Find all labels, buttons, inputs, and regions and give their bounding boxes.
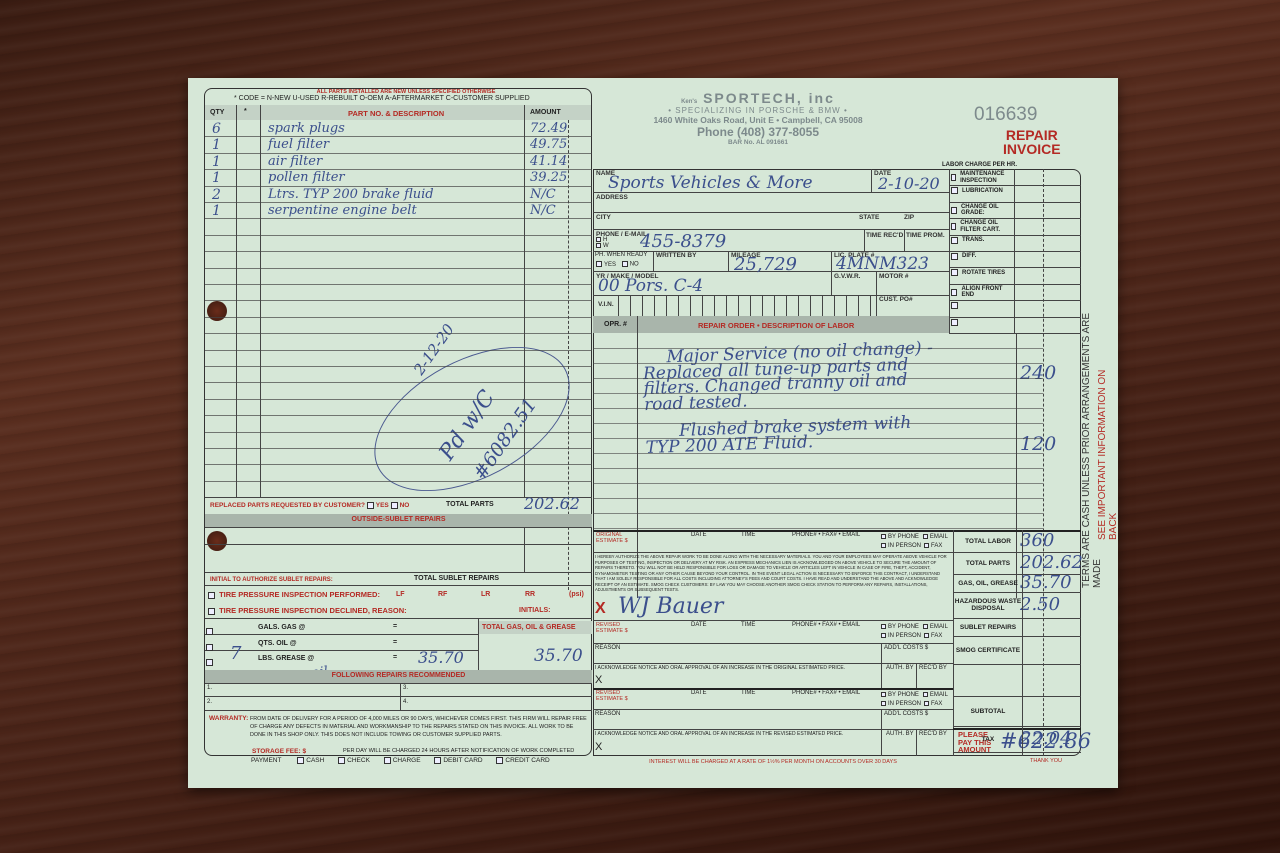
revised-estimate-label-2: REVISED ESTIMATE $ [596,690,636,702]
rule-line [593,453,1043,454]
ymm-value: 00 Pors. C-4 [598,276,703,296]
customer-phone: 455-8379 [640,231,726,252]
checklist-label: ROTATE TIRES [962,270,1005,277]
checklist-item: DIFF. [951,253,1011,260]
yes-label: YES [376,502,389,509]
totals-label: TOTAL PARTS [954,552,1022,574]
vin-cell-divider [870,295,871,316]
vin-cell-divider [678,295,679,316]
company-header: Ken's SPORTECH, inc • SPECIALIZING IN PO… [608,90,908,146]
col-divider [831,271,832,295]
rule-line [205,350,592,351]
divider [593,552,953,553]
rule-line [205,432,592,433]
checklist-checkbox[interactable] [951,319,958,326]
totals-label: GAS, OIL, GREASE [954,574,1022,592]
rule-line [205,300,592,301]
tire-lr: LR [481,591,490,598]
checklist-item [951,302,1011,309]
rule-line [205,186,592,187]
tire-performed-label: TIRE PRESSURE INSPECTION PERFORMED: [219,590,380,599]
vin-cell-divider [666,295,667,316]
replaced-parts-label: REPLACED PARTS REQUESTED BY CUSTOMER? [210,502,365,509]
no-label: NO [400,502,410,509]
checklist-label: ALIGN FRONT END [961,286,1011,299]
rule-line [593,528,1043,529]
company-tagline: • SPECIALIZING IN PORSCHE & BMW • [608,106,908,115]
col-divider [916,663,917,688]
part-description: spark plugs [268,121,434,137]
orig-fax-label: FAX [931,543,942,549]
ph-when-ready-label: PH. WHEN READY [595,252,647,258]
vin-cell-divider [762,295,763,316]
col-divider [871,169,872,192]
ph-ready-yes-checkbox[interactable] [596,261,602,267]
payment-label: PAYMENT [251,757,281,764]
rule-line [205,366,592,367]
see-back-vertical-text: SEE IMPORTANT INFORMATION ON BACK [1097,340,1119,540]
orig-contact-method: BY PHONEEMAIL IN PERSONFAX [881,533,948,551]
ack-original-signature-x[interactable]: X [595,674,602,686]
tire-rf: RF [438,591,447,598]
opr-label: OPR. # [604,321,627,328]
ph-ready-yes-label: YES [604,262,616,268]
storage-fee-text: PER DAY WILL BE CHARGED 24 HOURS AFTER N… [343,748,574,754]
divider [593,663,953,664]
motor-label: MOTOR # [879,273,909,280]
rule-line [205,448,592,449]
initials-label: INITIALS: [519,607,551,614]
rule-line [593,348,1043,349]
orig-time-label: TIME [741,532,755,538]
divider [593,729,953,730]
revised-estimate-label-1: REVISED ESTIMATE $ [596,622,636,634]
col-divider [881,643,882,688]
checklist-checkbox[interactable] [951,207,957,214]
rule-line [593,483,1043,484]
rev1-recd-by-label: REC'D BY [919,665,947,671]
divider [205,585,592,586]
rule-line [593,423,1043,424]
divider [593,643,953,644]
divider [205,696,592,697]
code-legend: * CODE = N-NEW U-USED R-REBUILT O-OEM A-… [234,95,530,102]
repair-invoice-sheet: ALL PARTS INSTALLED ARE NEW UNLESS SPECI… [188,78,1118,788]
storage-fee-label: STORAGE FEE: $ [252,748,306,755]
checklist-divider [949,284,1081,285]
rev2-fax-checkbox[interactable] [924,701,929,706]
checklist-item: TRANS. [951,237,1011,244]
thank-you: THANK YOU [1030,758,1062,764]
invoice-title: REPAIR INVOICE [1003,128,1061,156]
original-estimate-label: ORIGINAL ESTIMATE $ [596,532,636,544]
payment-credit-label: CREDIT CARD [505,757,549,764]
checklist-checkbox[interactable] [951,223,956,230]
divider [593,229,949,230]
checklist-checkbox[interactable] [951,269,958,276]
gas-equals: = [393,623,397,630]
part-description: air filter [268,154,434,170]
rule-line [593,363,1043,364]
totals-value: 2.50 [1020,594,1060,615]
divider [205,527,592,528]
orig-in-person-label: IN PERSON [888,543,921,549]
vin-cell-divider [822,295,823,316]
vin-cell-divider [750,295,751,316]
replaced-parts-question: REPLACED PARTS REQUESTED BY CUSTOMER? YE… [210,502,409,509]
tire-performed-row: TIRE PRESSURE INSPECTION PERFORMED: [208,590,380,599]
ph-ready-no-label: NO [630,262,639,268]
state-label: STATE [859,214,879,221]
vin-cell-divider [618,295,619,316]
totals-label: SUBTOTAL [954,696,1022,726]
rev1-date-label: DATE [691,622,707,628]
cust-po-label: CUST. PO# [879,296,913,303]
checklist-label: TRANS. [962,237,984,244]
vin-cell-divider [654,295,655,316]
totals-label: HAZARDOUS WASTE DISPOSAL [954,592,1022,618]
cents-divider [1043,169,1044,756]
phone-type: H W [596,237,609,249]
plate-value: 4MNM323 [836,254,929,274]
tire-declined-checkbox[interactable] [208,608,215,615]
phone-work-checkbox[interactable] [596,243,601,248]
vin-cell-divider [774,295,775,316]
checklist-divider [949,251,1081,252]
checklist-checkbox[interactable] [951,174,956,181]
oil-equals: = [393,639,397,646]
totals-divider [953,752,1081,753]
description-header: PART NO. & DESCRIPTION [348,109,444,118]
rev2-by-phone-checkbox[interactable] [881,692,886,697]
orig-in-person-checkbox[interactable] [881,543,886,548]
written-by-label: WRITTEN BY [656,252,696,259]
part-amount: 39.25 [530,170,567,186]
replaced-yes-checkbox[interactable] [367,502,374,509]
oil-label: QTS. OIL @ [258,640,297,647]
total-parts-label: TOTAL PARTS [446,501,494,508]
vin-cell-divider [786,295,787,316]
rule-line [205,333,592,334]
vin-cell-divider [714,295,715,316]
totals-label [954,664,1022,696]
col-divider [400,683,401,710]
customer-signature: WJ Bauer [618,594,723,619]
divider [593,620,953,621]
rev1-by-phone-checkbox[interactable] [881,624,886,629]
signature-x: X [595,600,606,618]
rule-line [205,415,592,416]
col-divider [916,729,917,756]
rev1-contact-method: BY PHONEEMAIL IN PERSONFAX [881,623,948,641]
rev1-fax-checkbox[interactable] [924,633,929,638]
checklist-divider [949,267,1081,268]
totals-label: SUBLET REPAIRS [954,618,1022,636]
rev1-in-person-checkbox[interactable] [881,633,886,638]
rev1-auth-by-label: AUTH. BY [886,665,914,671]
part-description: serpentine engine belt [268,203,434,219]
warranty-text: FROM DATE OF DELIVERY FOR A PERIOD OF 4,… [250,715,590,739]
checklist-divider [949,185,1081,186]
vin-cell-divider [810,295,811,316]
checklist-checkbox[interactable] [951,289,957,296]
orig-by-phone-label: BY PHONE [888,534,919,540]
city-label: CITY [596,214,611,221]
address-label: ADDRESS [596,194,628,201]
amount-header: AMOUNT [530,109,561,116]
tire-declined-row: TIRE PRESSURE INSPECTION DECLINED, REASO… [208,606,407,615]
payment-cash-label: CASH [306,757,324,764]
vin-cell-divider [798,295,799,316]
col-divider [653,251,654,271]
rule-line [205,218,592,219]
recommended-item-4: 4. [403,699,408,705]
col-divider [904,229,905,251]
totals-value: 360 [1020,530,1054,551]
fluids-total-value: 35.70 [534,646,583,666]
checklist-col-divider [1014,169,1015,333]
company-bar-number: BAR No. AL 091661 [608,139,908,146]
divider [593,212,949,213]
orig-email-label: EMAIL [930,534,948,540]
rev2-in-person-label: IN PERSON [888,701,921,707]
rev1-addl-costs-label: ADD'L COSTS $ [884,645,928,651]
rule-line [593,378,1043,379]
rule-line [205,136,592,137]
rule-line [593,393,1043,394]
orig-by-phone-checkbox[interactable] [881,534,886,539]
checklist-checkbox[interactable] [951,187,958,194]
grease-checkbox[interactable] [206,659,213,666]
rev2-addl-costs-label: ADD'L COSTS $ [884,711,928,717]
tire-lf: LF [396,591,405,598]
divider [205,572,592,573]
checklist-label: CHANGE OIL GRADE: [961,204,1011,217]
divider [205,710,592,711]
recommended-item-2: 2. [207,699,212,705]
divider [205,634,478,635]
tire-psi: (psi) [569,591,584,598]
customer-date: 2-10-20 [878,174,940,193]
ph-when-ready-options: YES NO [596,261,639,268]
rev1-fax-label: FAX [931,633,942,639]
ack-revised-signature-x[interactable]: X [595,741,602,753]
rev1-time-label: TIME [741,622,755,628]
rule-line [205,251,592,252]
checklist-divider [949,235,1081,236]
payment-cash-checkbox[interactable] [297,757,304,764]
recommended-header: FOLLOWING REPAIRS RECOMMENDED [205,672,592,679]
interest-notice: INTEREST WILL BE CHARGED AT A RATE OF 1½… [593,759,953,765]
time-recd-label: TIME REC'D [866,232,903,239]
payment-check-label: CHECK [347,757,370,764]
gas-checkbox[interactable] [206,628,213,635]
vin-cell-divider [726,295,727,316]
sublet-total-label: TOTAL SUBLET REPAIRS [414,575,499,582]
ph-ready-no-checkbox[interactable] [622,261,628,267]
vin-cell-divider [846,295,847,316]
tire-rr: RR [525,591,535,598]
qty-header: QTY [210,109,224,116]
grease-value: 35.70 [418,648,464,667]
part-qty: 1 [212,154,221,170]
tire-performed-checkbox[interactable] [208,592,215,599]
payment-debit-checkbox[interactable] [434,757,441,764]
labor-charge-label: LABOR CHARGE PER HR. [942,162,1017,168]
rule-line [205,284,592,285]
part-qty: 1 [212,203,221,219]
customer-name: Sports Vehicles & More [608,173,813,193]
part-amount: N/C [530,187,567,203]
phone-home-checkbox[interactable] [596,237,601,242]
tire-declined-label: TIRE PRESSURE INSPECTION DECLINED, REASO… [219,606,407,615]
rule-line [593,513,1043,514]
company-phone: Phone (408) 377-8055 [608,125,908,139]
totals-value: 35.70 [1020,572,1072,593]
rev1-reason-label: REASON [595,645,620,651]
mileage-value: 25,729 [734,254,797,275]
part-amount: 72.49 [530,121,567,137]
part-qty: 6 [212,121,221,137]
company-address: 1460 White Oaks Road, Unit E • Campbell,… [608,115,908,125]
sublet-header: OUTSIDE-SUBLET REPAIRS [205,516,592,523]
divider [593,688,953,690]
rule-line [593,438,1043,439]
invoice-title-line1: REPAIR [1003,128,1061,142]
rule-line [205,202,592,203]
rule-line [593,468,1043,469]
totals-value: 22.04 [1020,728,1072,749]
divider [205,618,592,619]
part-description: fuel filter [268,137,434,153]
labor-amount-1: 240 [1020,362,1056,384]
part-qty: 2 [212,187,221,203]
payment-debit-label: DEBIT CARD [443,757,482,764]
vin-cell-divider [834,295,835,316]
vin-cell-divider [642,295,643,316]
checklist-label: LUBRICATION [962,188,1003,195]
fluid-qty-mark: 7 [230,643,241,664]
part-qty: 1 [212,137,221,153]
zip-label: ZIP [904,214,914,221]
rev2-email-checkbox[interactable] [923,692,928,697]
checklist-item: ROTATE TIRES [951,269,1011,276]
vin-cell-divider [738,295,739,316]
recommended-item-1: 1. [207,685,212,691]
checklist-item: MAINTENANCE INSPECTION [951,171,1011,184]
rule-line [205,268,592,269]
checklist-divider [949,333,1081,334]
rule-line [205,399,592,400]
rev2-auth-by-label: AUTH. BY [886,731,914,737]
rev1-contact-label: PHONE# • FAX# • EMAIL [792,622,860,628]
payment-charge-label: CHARGE [393,757,421,764]
payment-credit-checkbox[interactable] [496,757,503,764]
checklist-label: MAINTENANCE INSPECTION [960,171,1011,184]
checklist-checkbox[interactable] [951,253,958,260]
time-prom-label: TIME PROM. [906,232,945,239]
phone-work-label: W [603,243,609,249]
totals-col-divider [1022,530,1023,756]
gvwr-label: G.V.W.R. [834,273,861,280]
divider [205,683,592,684]
rev1-email-label: EMAIL [930,624,948,630]
checklist-item: LUBRICATION [951,187,1011,194]
rule-line [593,408,1043,409]
divider [593,709,953,710]
vin-cell-divider [858,295,859,316]
checklist-checkbox[interactable] [951,237,958,244]
rev1-email-checkbox[interactable] [923,624,928,629]
warranty-label: WARRANTY: [209,715,248,722]
grease-equals: = [393,654,397,661]
checklist-divider [949,218,1081,219]
checklist-divider [949,300,1081,301]
part-amount: 41.14 [530,154,567,170]
authorization-text: I HEREBY AUTHORIZE THE ABOVE REPAIR WORK… [595,554,951,593]
checklist-label: CHANGE OIL FILTER CART. [960,220,1011,233]
totals-value: 202.62 [1020,552,1083,573]
code-header: * [244,108,247,115]
sublet-initial-label: INITIAL TO AUTHORIZE SUBLET REPAIRS: [210,577,333,583]
payment-check-checkbox[interactable] [338,757,345,764]
rev2-recd-by-label: REC'D BY [919,731,947,737]
checklist-divider [949,202,1081,203]
rule-line [205,153,592,154]
orig-fax-checkbox[interactable] [924,543,929,548]
payment-row: PAYMENT CASH CHECK CHARGE DEBIT CARD CRE… [251,757,550,764]
oil-checkbox[interactable] [206,644,213,651]
ack-original-text: I ACKNOWLEDGE NOTICE AND ORAL APPROVAL O… [595,665,845,671]
payment-charge-checkbox[interactable] [384,757,391,764]
divider [205,544,592,545]
rev1-in-person-label: IN PERSON [888,633,921,639]
rev2-contact-label: PHONE# • FAX# • EMAIL [792,690,860,696]
rev2-in-person-checkbox[interactable] [881,701,886,706]
orig-contact-label: PHONE# • FAX# • EMAIL [792,532,860,538]
checklist-checkbox[interactable] [951,302,958,309]
rev2-reason-label: REASON [595,711,620,717]
rule-line [205,317,592,318]
col-divider [876,271,877,316]
rule-line [205,169,592,170]
invoice-title-line2: INVOICE [1003,142,1061,156]
checklist-divider [949,317,1081,318]
fluids-total-label: TOTAL GAS, OIL & GREASE [482,624,576,631]
part-qty: 1 [212,170,221,186]
rev2-email-label: EMAIL [930,692,948,698]
checklist-item: CHANGE OIL GRADE: [951,204,1011,217]
vin-cell-divider [690,295,691,316]
replaced-no-checkbox[interactable] [391,502,398,509]
col-divider [881,709,882,756]
rule-line [205,382,592,383]
vin-label: V.I.N. [598,301,614,308]
checklist-item [951,319,1011,326]
rule-line [205,464,592,465]
rev2-by-phone-label: BY PHONE [888,692,919,698]
rule-line [205,481,592,482]
company-name: SPORTECH, inc [703,90,835,106]
totals-label: TAX [954,726,1022,752]
total-parts-value: 202.62 [524,494,580,513]
ack-revised-text: I ACKNOWLEDGE NOTICE AND ORAL APPROVAL O… [595,731,843,737]
checklist-label: DIFF. [962,253,976,260]
col-divider [728,251,729,271]
orig-email-checkbox[interactable] [923,534,928,539]
company-name-small: Ken's [681,99,697,105]
col-divider [864,229,865,251]
